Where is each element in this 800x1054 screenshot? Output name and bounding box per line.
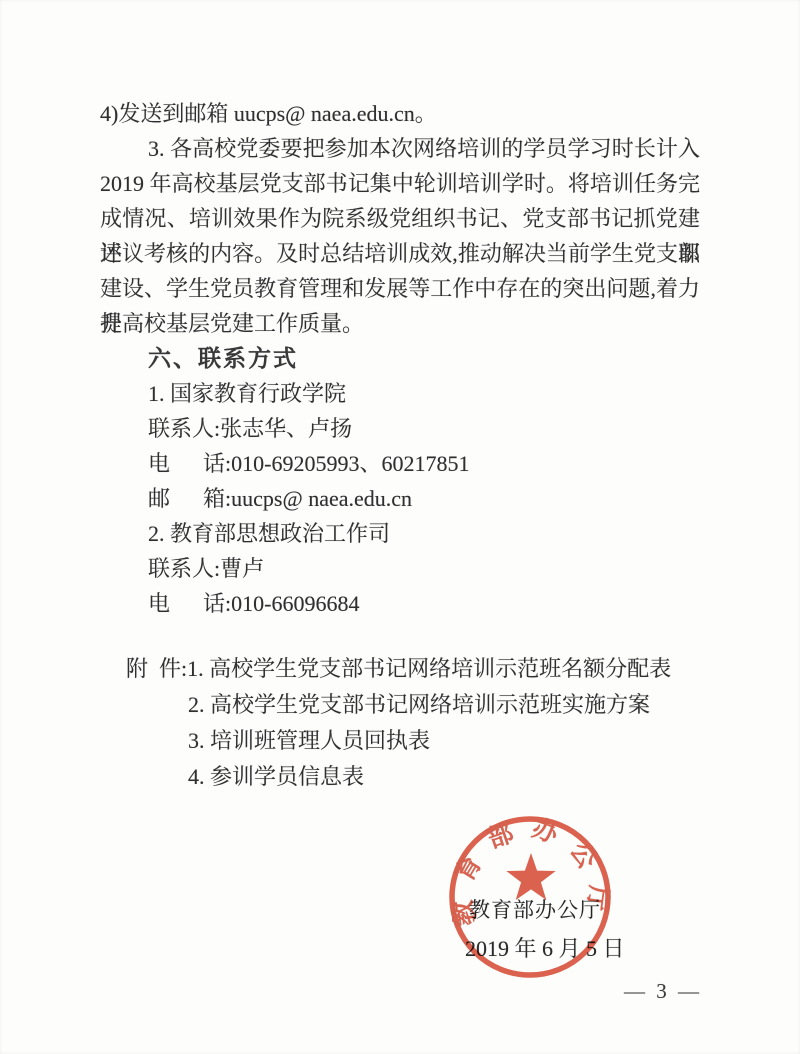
issue-date: 2019 年 6 月 5 日	[465, 936, 625, 962]
attachment-item: 2. 高校学生党支部书记网络培训示范班实施方案	[188, 687, 766, 723]
contact-person-1: 联系人:张志华、卢扬	[148, 411, 700, 446]
attachments-list: 附 件:1. 高校学生党支部书记网络培训示范班名额分配表 2. 高校学生党支部书…	[126, 651, 766, 795]
attachment-item: 1. 高校学生党支部书记网络培训示范班名额分配表	[187, 656, 671, 681]
attachments-label: 附 件:	[126, 656, 187, 681]
contact-phone-2: 电 话:010-66096684	[148, 586, 700, 621]
body-line: 升高校基层党建工作质量。	[100, 306, 700, 341]
contact-org-2: 2. 教育部思想政治工作司	[148, 516, 700, 551]
attachment-item: 3. 培训班管理人员回执表	[188, 723, 766, 759]
body-line: 评议考核的内容。及时总结培训成效,推动解决当前学生党支部	[100, 236, 700, 271]
attachment-item: 4. 参训学员信息表	[188, 759, 766, 795]
body-line: 建设、学生党员教育管理和发展等工作中存在的突出问题,着力提	[100, 271, 700, 306]
contact-org-1: 1. 国家教育行政学院	[148, 376, 700, 411]
notice-body: 4)发送到邮箱 uucps@ naea.edu.cn。 3. 各高校党委要把参加…	[100, 96, 700, 621]
attachment-line: 附 件:1. 高校学生党支部书记网络培训示范班名额分配表	[126, 651, 766, 687]
issuer-name: 教育部办公厅	[469, 897, 601, 923]
body-line: 成情况、培训效果作为院系级党组织书记、党支部书记抓党建述职	[100, 201, 700, 236]
body-line: 2019 年高校基层党支部书记集中轮训培训学时。将培训任务完	[100, 166, 700, 201]
section-heading-contact-info: 六、联系方式	[148, 341, 700, 376]
contact-phone-1: 电 话:010-69205993、60217851	[148, 446, 700, 481]
seal-star-icon	[506, 853, 555, 900]
contact-email-1: 邮 箱:uucps@ naea.edu.cn	[148, 481, 700, 516]
contact-person-2: 联系人:曹卢	[148, 551, 700, 586]
body-line: 4)发送到邮箱 uucps@ naea.edu.cn。	[100, 96, 700, 131]
body-line: 3. 各高校党委要把参加本次网络培训的学员学习时长计入	[148, 131, 700, 166]
document-page: 4)发送到邮箱 uucps@ naea.edu.cn。 3. 各高校党委要把参加…	[0, 0, 800, 1054]
page-number: — 3 —	[624, 979, 702, 1004]
